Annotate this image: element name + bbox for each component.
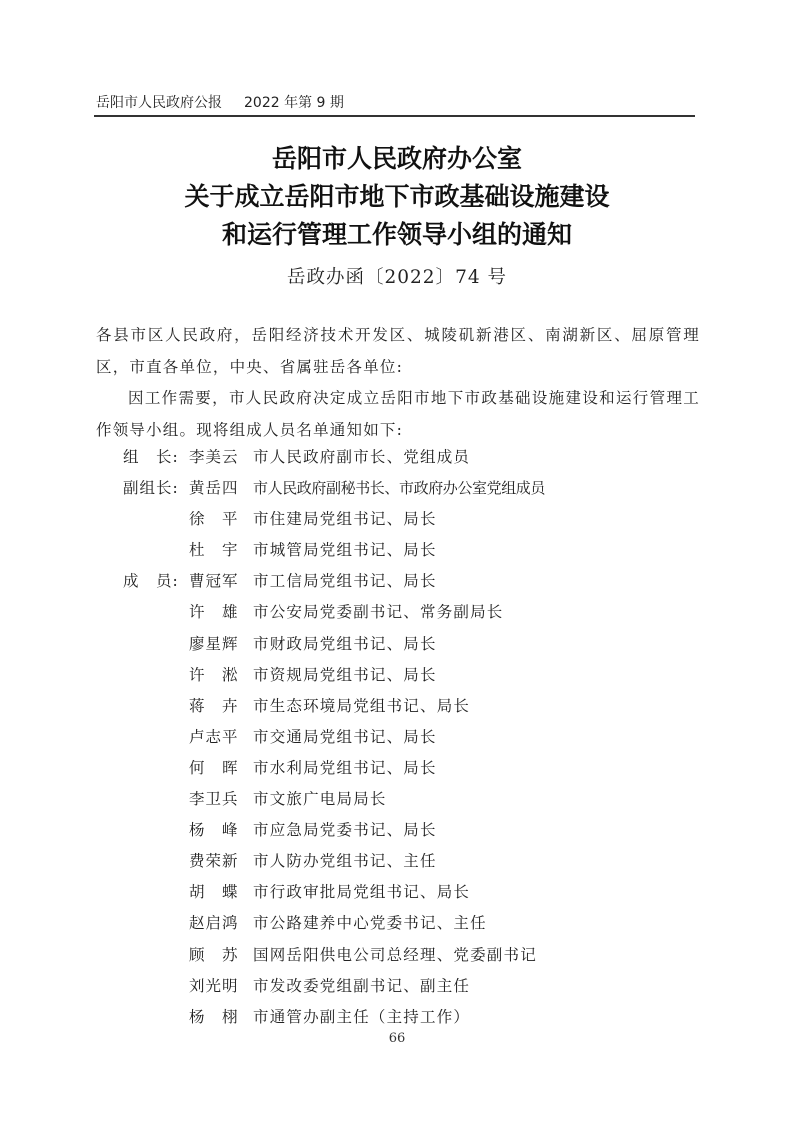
member-title: 市交通局党组书记、局长 [253, 722, 437, 753]
member-name: 黄岳四 [189, 473, 253, 504]
member-role [123, 753, 189, 784]
member-row: 成 员:曹冠军市工信局党组书记、局长 [123, 566, 683, 597]
member-role [123, 940, 189, 971]
member-row: 刘光明市发改委党组副书记、副主任 [123, 971, 683, 1002]
issue-label: 2022 年第 9 期 [244, 95, 344, 111]
member-role [123, 691, 189, 722]
header-divider [94, 115, 695, 117]
document-number: 岳政办函〔2022〕74 号 [0, 265, 794, 291]
document-title: 岳阳市人民政府办公室 关于成立岳阳市地下市政基础设施建设 和运行管理工作领导小组… [0, 140, 794, 254]
member-title: 市通管办副主任（主持工作） [253, 1002, 470, 1033]
member-row: 胡 蝶市行政审批局党组书记、局长 [123, 877, 683, 908]
member-title: 市文旅广电局局长 [253, 784, 387, 815]
member-name: 蒋 卉 [189, 691, 253, 722]
intro-paragraph: 因工作需要，市人民政府决定成立岳阳市地下市政基础设施建设和运行管理工作领导小组。… [96, 383, 700, 446]
member-role [123, 629, 189, 660]
member-role [123, 722, 189, 753]
member-title: 市人民政府副市长、党组成员 [253, 442, 470, 473]
member-name: 曹冠军 [189, 566, 253, 597]
member-row: 李卫兵市文旅广电局局长 [123, 784, 683, 815]
member-name: 许 雄 [189, 597, 253, 628]
member-name: 何 晖 [189, 753, 253, 784]
member-name: 廖星辉 [189, 629, 253, 660]
member-row: 卢志平市交通局党组书记、局长 [123, 722, 683, 753]
member-name: 杜 宇 [189, 535, 253, 566]
member-name: 李美云 [189, 442, 253, 473]
member-title: 市行政审批局党组书记、局长 [253, 877, 470, 908]
running-header: 岳阳市人民政府公报2022 年第 9 期 [96, 93, 694, 115]
member-title: 市城管局党组书记、局长 [253, 535, 437, 566]
member-name: 胡 蝶 [189, 877, 253, 908]
member-role [123, 971, 189, 1002]
member-row: 杨 栩市通管办副主任（主持工作） [123, 1002, 683, 1033]
member-title: 市人民政府副秘书长、市政府办公室党组成员 [253, 473, 545, 504]
member-role [123, 908, 189, 939]
member-title: 市水利局党组书记、局长 [253, 753, 437, 784]
member-title: 市公安局党委副书记、常务副局长 [253, 597, 504, 628]
member-name: 杨 峰 [189, 815, 253, 846]
member-row: 徐 平市住建局党组书记、局长 [123, 504, 683, 535]
member-row: 杨 峰市应急局党委书记、局长 [123, 815, 683, 846]
member-role [123, 660, 189, 691]
member-row: 组 长:李美云市人民政府副市长、党组成员 [123, 442, 683, 473]
member-title: 市生态环境局党组书记、局长 [253, 691, 470, 722]
member-role [123, 784, 189, 815]
member-title: 市公路建养中心党委书记、主任 [253, 908, 487, 939]
member-row: 赵启鸿市公路建养中心党委书记、主任 [123, 908, 683, 939]
member-name: 许 淞 [189, 660, 253, 691]
member-row: 顾 苏国网岳阳供电公司总经理、党委副书记 [123, 940, 683, 971]
member-role: 成 员: [123, 566, 189, 597]
title-line-3: 和运行管理工作领导小组的通知 [0, 216, 794, 254]
page-number: 66 [0, 1031, 794, 1046]
member-title: 市工信局党组书记、局长 [253, 566, 437, 597]
member-name: 赵启鸿 [189, 908, 253, 939]
member-role [123, 815, 189, 846]
member-role: 组 长: [123, 442, 189, 473]
member-name: 刘光明 [189, 971, 253, 1002]
member-role [123, 846, 189, 877]
title-line-2: 关于成立岳阳市地下市政基础设施建设 [0, 178, 794, 216]
member-title: 市发改委党组副书记、副主任 [253, 971, 470, 1002]
member-title: 市资规局党组书记、局长 [253, 660, 437, 691]
member-title: 国网岳阳供电公司总经理、党委副书记 [253, 940, 537, 971]
publication-name: 岳阳市人民政府公报 [96, 95, 222, 111]
member-row: 杜 宇市城管局党组书记、局长 [123, 535, 683, 566]
member-title: 市财政局党组书记、局长 [253, 629, 437, 660]
member-name: 费荣新 [189, 846, 253, 877]
member-title: 市住建局党组书记、局长 [253, 504, 437, 535]
member-title: 市人防办党组书记、主任 [253, 846, 437, 877]
member-row: 许 淞市资规局党组书记、局长 [123, 660, 683, 691]
member-name: 杨 栩 [189, 1002, 253, 1033]
member-title: 市应急局党委书记、局长 [253, 815, 437, 846]
member-row: 许 雄市公安局党委副书记、常务副局长 [123, 597, 683, 628]
member-row: 费荣新市人防办党组书记、主任 [123, 846, 683, 877]
member-name: 李卫兵 [189, 784, 253, 815]
member-role [123, 535, 189, 566]
member-role [123, 597, 189, 628]
title-line-1: 岳阳市人民政府办公室 [0, 140, 794, 178]
member-name: 卢志平 [189, 722, 253, 753]
member-role: 副组长: [123, 473, 189, 504]
member-row: 副组长:黄岳四市人民政府副秘书长、市政府办公室党组成员 [123, 473, 683, 504]
member-row: 廖星辉市财政局党组书记、局长 [123, 629, 683, 660]
addressees-paragraph: 各县市区人民政府，岳阳经济技术开发区、城陵矶新港区、南湖新区、屈原管理区，市直各… [96, 320, 700, 383]
member-role [123, 877, 189, 908]
member-role [123, 504, 189, 535]
member-row: 蒋 卉市生态环境局党组书记、局长 [123, 691, 683, 722]
member-list: 组 长:李美云市人民政府副市长、党组成员 副组长:黄岳四市人民政府副秘书长、市政… [123, 442, 683, 1033]
member-name: 顾 苏 [189, 940, 253, 971]
member-name: 徐 平 [189, 504, 253, 535]
member-role [123, 1002, 189, 1033]
member-row: 何 晖市水利局党组书记、局长 [123, 753, 683, 784]
